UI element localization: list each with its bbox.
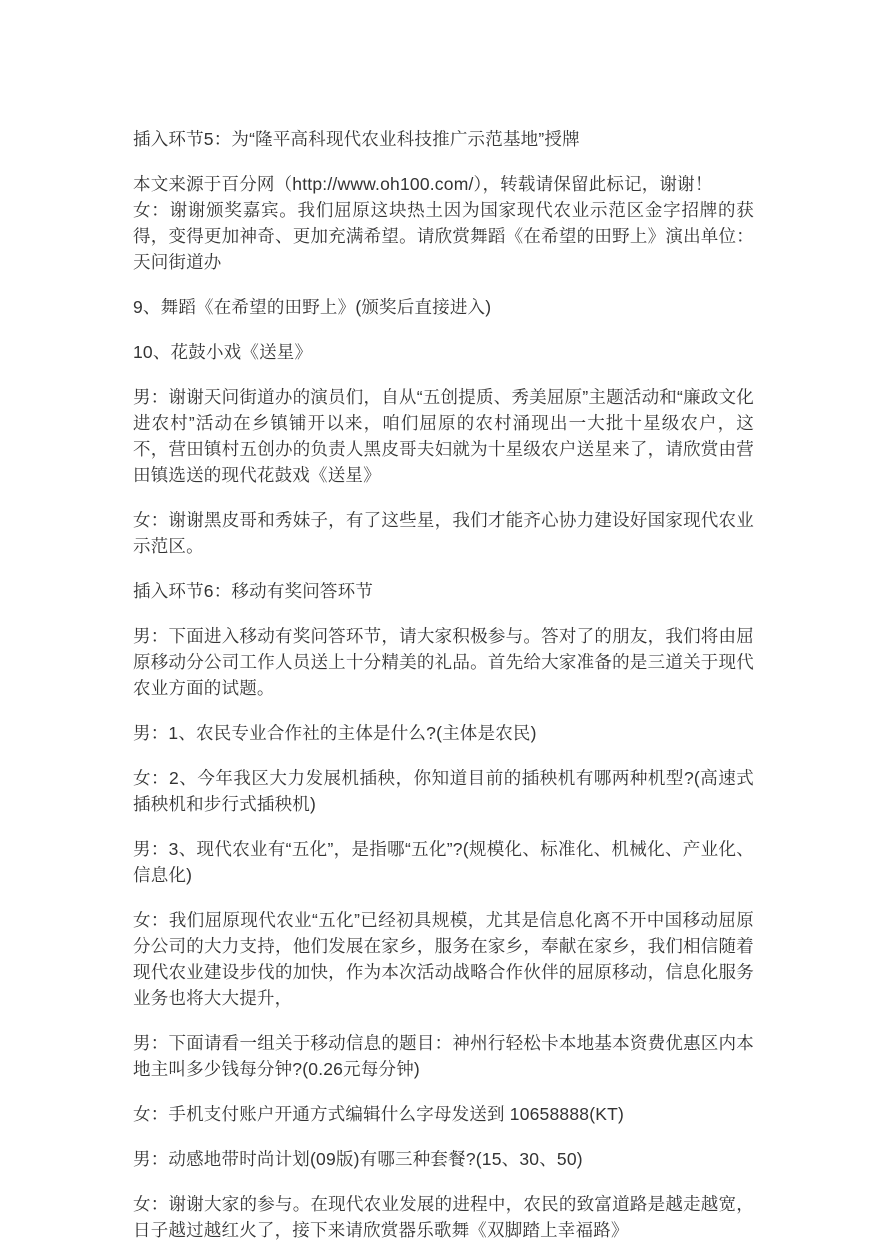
insert-section-5-heading: 插入环节5：为“隆平高科现代农业科技推广示范基地”授牌 — [133, 126, 754, 152]
dialog-female-awards: 女：谢谢颁奖嘉宾。我们屈原这块热土因为国家现代农业示范区金字招牌的获得，变得更加… — [133, 197, 754, 275]
dialog-male-quiz-intro: 男：下面进入移动有奖问答环节，请大家积极参与。答对了的朋友，我们将由屈原移动分公… — [133, 623, 754, 701]
dialog-female-thanks-heipi: 女：谢谢黑皮哥和秀妹子，有了这些星，我们才能齐心协力建设好国家现代农业示范区。 — [133, 507, 754, 559]
dialog-female-wuhua-mobile: 女：我们屈原现代农业“五化”已经初具规模，尤其是信息化离不开中国移动屈原分公司的… — [133, 907, 754, 1011]
insert-section-6-heading: 插入环节6：移动有奖问答环节 — [133, 578, 754, 604]
quiz-question-mobile-2: 女：手机支付账户开通方式编辑什么字母发送到 10658888(KT) — [133, 1101, 754, 1127]
quiz-question-mobile-3: 男：动感地带时尚计划(09版)有哪三种套餐?(15、30、50) — [133, 1146, 754, 1172]
quiz-question-1: 男：1、农民专业合作社的主体是什么?(主体是农民) — [133, 720, 754, 746]
program-item-10: 10、花鼓小戏《送星》 — [133, 339, 754, 365]
quiz-question-3: 男：3、现代农业有“五化”，是指哪“五化”?(规模化、标准化、机械化、产业化、信… — [133, 836, 754, 888]
dialog-female-closing: 女：谢谢大家的参与。在现代农业发展的进程中，农民的致富道路是越走越宽，日子越过越… — [133, 1191, 754, 1243]
dialog-male-songxing-intro: 男：谢谢天问街道办的演员们，自从“五创提质、秀美屈原”主题活动和“廉政文化进农村… — [133, 384, 754, 488]
quiz-question-2: 女：2、今年我区大力发展机插秧，你知道目前的插秧机有哪两种机型?(高速式插秧机和… — [133, 765, 754, 817]
source-attribution-line: 本文来源于百分网（http://www.oh100.com/），转载请保留此标记… — [133, 171, 754, 197]
program-item-9: 9、舞蹈《在希望的田野上》(颁奖后直接进入) — [133, 294, 754, 320]
document-page: 插入环节5：为“隆平高科现代农业科技推广示范基地”授牌 本文来源于百分网（htt… — [0, 0, 884, 1250]
quiz-question-mobile-1: 男：下面请看一组关于移动信息的题目：神州行轻松卡本地基本资费优惠区内本地主叫多少… — [133, 1030, 754, 1082]
